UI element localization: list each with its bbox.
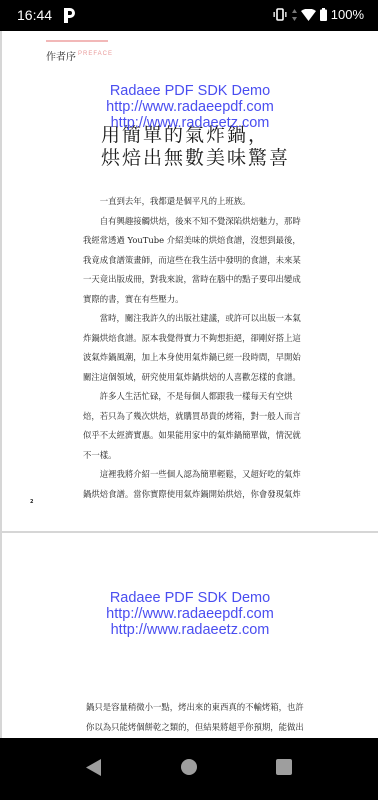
paragraph: 自有興趣接觸烘焙，後來不知不覺深陷烘焙魅力，那時我經常透過 YouTube 介紹… <box>83 212 305 310</box>
battery-percent: 100% <box>331 7 364 22</box>
watermark: Radaee PDF SDK Demo http://www.radaeepdf… <box>2 83 378 131</box>
paragraph: 鍋只是容量稍微小一點，烤出來的東西真的不輸烤箱，也許你以為只能烤個餅乾之類的，但… <box>86 698 310 738</box>
watermark-line-1: Radaee PDF SDK Demo <box>2 590 378 606</box>
navigation-bar <box>0 738 378 800</box>
chapter-label: 作者序 <box>46 48 76 63</box>
pdf-viewer[interactable]: 作者序 PREFACE 用簡單的氣炸鍋， 烘焙出無數美味驚喜 Radaee PD… <box>0 31 378 738</box>
pdf-page-3[interactable]: Radaee PDF SDK Demo http://www.radaeepdf… <box>2 533 378 738</box>
page-number: 2 <box>30 499 33 505</box>
home-icon[interactable] <box>181 759 197 775</box>
recents-icon[interactable] <box>276 759 292 775</box>
back-icon[interactable] <box>86 759 102 776</box>
paragraph: 許多人生活忙碌，不是每個人都跟我一樣每天有空烘焙，若只為了幾次烘焙，就購買昂貴的… <box>83 387 305 465</box>
body-text: 一直到去年，我都還是個平凡的上班族。 自有興趣接觸烘焙，後來不知不覺深陷烘焙魅力… <box>83 192 305 504</box>
battery-icon <box>320 8 327 21</box>
p-app-icon <box>62 6 76 24</box>
watermark: Radaee PDF SDK Demo http://www.radaeepdf… <box>2 590 378 638</box>
pdf-page-2[interactable]: 作者序 PREFACE 用簡單的氣炸鍋， 烘焙出無數美味驚喜 Radaee PD… <box>2 31 378 531</box>
header-rule <box>46 40 108 42</box>
paragraph: 這裡我將介紹一些個人認為簡單輕鬆，又超好吃的氣炸鍋烘焙食譜。當你實際使用氣炸鍋開… <box>83 465 305 504</box>
watermark-line-2: http://www.radaeepdf.com <box>2 99 378 115</box>
clock: 16:44 <box>17 7 52 23</box>
watermark-line-1: Radaee PDF SDK Demo <box>2 83 378 99</box>
title-line-2: 烘焙出無數美味驚喜 <box>101 147 290 170</box>
paragraph: 一直到去年，我都還是個平凡的上班族。 <box>83 192 305 212</box>
paragraph: 當時，關注我許久的出版社建議，或許可以出版一本氣炸鍋烘焙食譜。原本我覺得實力不夠… <box>83 309 305 387</box>
watermark-line-3: http://www.radaeetz.com <box>2 622 378 638</box>
watermark-line-3: http://www.radaeetz.com <box>2 115 378 131</box>
status-bar: 16:44 100% <box>0 0 378 31</box>
body-text: 鍋只是容量稍微小一點，烤出來的東西真的不輸烤箱，也許你以為只能烤個餅乾之類的，但… <box>86 698 310 738</box>
vibrate-icon <box>272 8 288 21</box>
data-arrows-icon <box>292 9 297 21</box>
status-icons: 100% <box>272 7 364 22</box>
chapter-label-en: PREFACE <box>78 51 113 57</box>
watermark-line-2: http://www.radaeepdf.com <box>2 606 378 622</box>
wifi-icon <box>301 9 316 21</box>
